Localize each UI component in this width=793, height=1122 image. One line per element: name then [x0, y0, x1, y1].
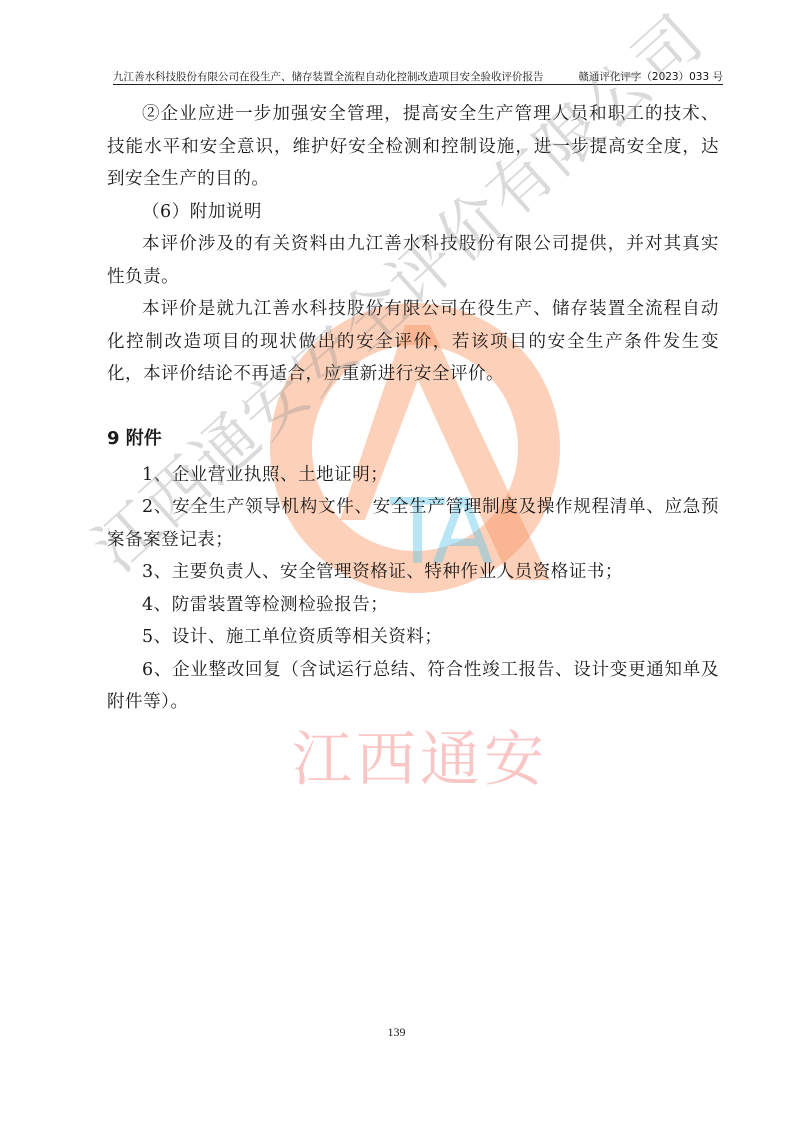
page-body: ②企业应进一步加强安全管理，提高安全生产管理人员和职工的技术、技能水平和安全意识…: [107, 98, 719, 719]
paragraph-evaluation-scope: 本评价是就九江善水科技股份有限公司在役生产、储存装置全流程自动化控制改造项目的现…: [107, 293, 719, 391]
paragraph-safety-management: ②企业应进一步加强安全管理，提高安全生产管理人员和职工的技术、技能水平和安全意识…: [107, 98, 719, 196]
attachment-item: 4、防雷装置等检测检验报告；: [107, 589, 719, 622]
page-number: 139: [0, 1025, 793, 1040]
section-heading-attachments: 9 附件: [107, 423, 719, 455]
attachment-item: 1、企业营业执照、土地证明；: [107, 459, 719, 492]
paragraph-data-source: 本评价涉及的有关资料由九江善水科技股份有限公司提供，并对其真实性负责。: [107, 228, 719, 293]
attachment-item: 6、企业整改回复（含试运行总结、符合性竣工报告、设计变更通知单及附件等）。: [107, 654, 719, 719]
attachment-item: 2、安全生产领导机构文件、安全生产管理制度及操作规程清单、应急预案备案登记表；: [107, 491, 719, 556]
page-header: 九江善水科技股份有限公司在役生产、储存装置全流程自动化控制改造项目安全验收评价报…: [113, 66, 723, 85]
header-report-title: 九江善水科技股份有限公司在役生产、储存装置全流程自动化控制改造项目安全验收评价报…: [113, 69, 544, 84]
watermark-company-text: 江西通安: [292, 712, 548, 798]
attachment-item: 3、主要负责人、安全管理资格证、特种作业人员资格证书；: [107, 556, 719, 589]
subheading-additional-notes: （6）附加说明: [107, 196, 719, 229]
attachment-item: 5、设计、施工单位资质等相关资料；: [107, 621, 719, 654]
header-doc-number: 赣通评化评字（2023）033 号: [578, 69, 723, 84]
